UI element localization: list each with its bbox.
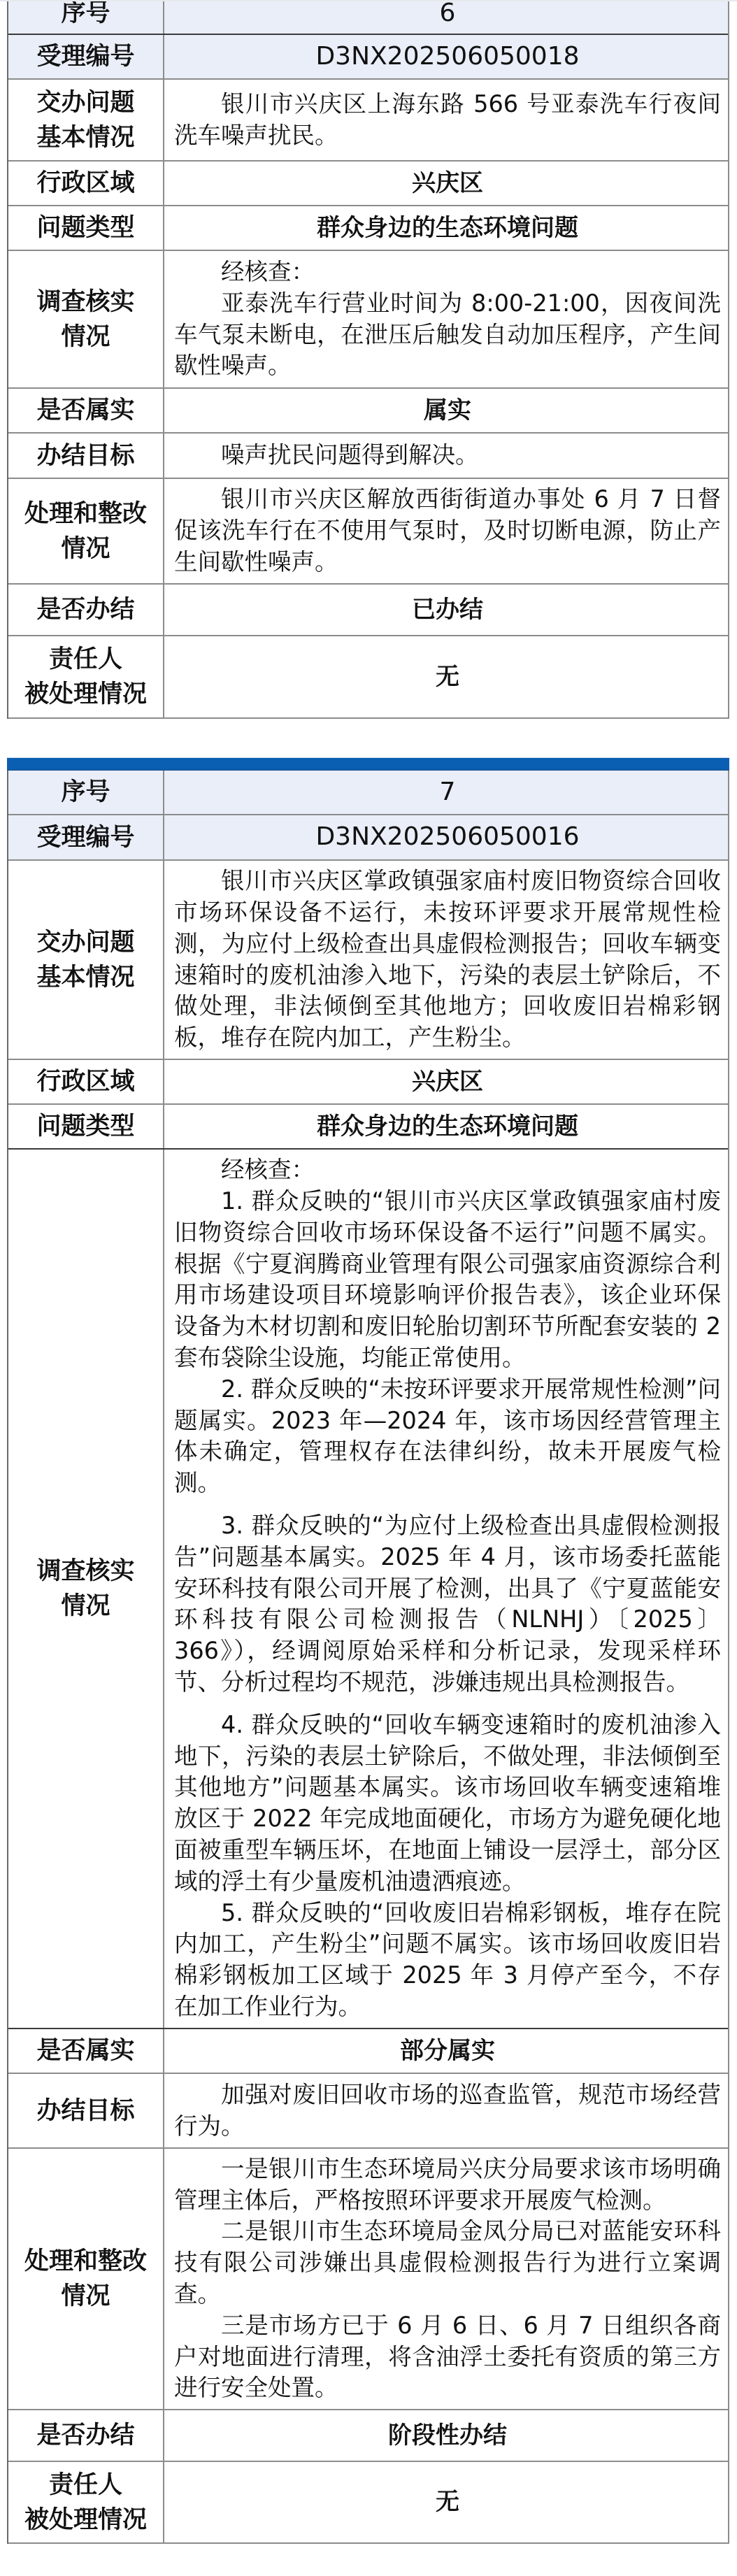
label-line: 情况: [61, 320, 110, 355]
row-rectification: 处理和整改 情况 银川市兴庆区解放西街街道办事处 6 月 7 日督促该洗车行在不…: [8, 479, 728, 585]
label-line: 情况: [61, 1589, 110, 1624]
label-line: 交办问题: [36, 925, 134, 960]
label-line: 处理和整改: [24, 496, 147, 531]
problem-paragraph: 银川市兴庆区上海东路 566 号亚泰洗车行夜间洗车噪声扰民。: [174, 89, 721, 152]
goal-paragraph: 噪声扰民问题得到解决。: [174, 440, 721, 471]
document-page: 序号 6 受理编号 D3NX202506050018 交办问题 基本情况 银川市…: [0, 0, 737, 2576]
investigation-paragraph: 3. 群众反映的“为应付上级检查出具虚假检测报告”问题基本属实。2025 年 4…: [174, 1510, 721, 1698]
value-goal: 加强对废旧回收市场的巡查监管，规范市场经营行为。: [164, 2074, 728, 2147]
investigation-paragraph: 亚泰洗车行营业时间为 8:00-21:00，因夜间洗车气泵未断电，在泄压后触发自…: [174, 288, 721, 382]
value-goal: 噪声扰民问题得到解决。: [164, 434, 728, 478]
rectification-paragraph: 三是市场方已于 6 月 6 日、6 月 7 日组织各商户对地面进行清理，将含油浮…: [174, 2310, 721, 2404]
value-serial: 6: [164, 0, 728, 34]
row-problem-basic: 交办问题 基本情况 银川市兴庆区上海东路 566 号亚泰洗车行夜间洗车噪声扰民。: [8, 80, 728, 162]
investigation-paragraph: 2. 群众反映的“未按环评要求开展常规性检测”问题属实。2023 年—2024 …: [174, 1374, 721, 1499]
label-region: 行政区域: [8, 1060, 164, 1103]
label-problem-type: 问题类型: [8, 206, 164, 250]
value-problem-type: 群众身边的生态环境问题: [164, 206, 728, 250]
label-line: 基本情况: [36, 960, 134, 995]
row-case-no: 受理编号 D3NX202506050016: [8, 815, 728, 861]
row-is-closed: 是否办结 阶段性办结: [8, 2410, 728, 2462]
rectification-paragraph: 二是银川市生态环境局金凤分局已对蓝能安环科技有限公司涉嫌出具虚假检测报告行为进行…: [174, 2216, 721, 2310]
row-problem-type: 问题类型 群众身边的生态环境问题: [8, 1105, 728, 1150]
label-investigation: 调查核实 情况: [8, 1150, 164, 2028]
value-investigation: 经核查： 亚泰洗车行营业时间为 8:00-21:00，因夜间洗车气泵未断电，在泄…: [164, 251, 728, 387]
label-line: 被处理情况: [24, 677, 147, 712]
label-text: 受理编号: [36, 39, 134, 74]
value-case-no: D3NX202506050016: [164, 815, 728, 859]
label-line: 基本情况: [36, 120, 134, 155]
investigation-paragraph: 1. 群众反映的“银川市兴庆区掌政镇强家庙村废旧物资综合回收市场环保设备不运行”…: [174, 1186, 721, 1374]
label-text: 是否办结: [36, 592, 134, 627]
label-is-closed: 是否办结: [8, 585, 164, 635]
value-serial: 7: [164, 771, 728, 814]
label-line: 被处理情况: [24, 2503, 147, 2538]
label-text: 是否办结: [36, 2418, 134, 2453]
label-rectification: 处理和整改 情况: [8, 479, 164, 583]
row-investigation: 调查核实 情况 经核查： 亚泰洗车行营业时间为 8:00-21:00，因夜间洗车…: [8, 251, 728, 389]
rectification-paragraph: 一是银川市生态环境局兴庆分局要求该市场明确管理主体后，严格按照环评要求开展废气检…: [174, 2154, 721, 2217]
label-line: 交办问题: [36, 85, 134, 120]
label-investigation: 调查核实 情况: [8, 251, 164, 387]
row-is-closed: 是否办结 已办结: [8, 585, 728, 636]
label-line: 责任人: [49, 642, 122, 677]
label-line: 调查核实: [36, 1554, 134, 1589]
investigation-paragraph: 经核查：: [174, 1154, 721, 1186]
value-accountability: 无: [164, 2462, 728, 2542]
row-problem-basic: 交办问题 基本情况 银川市兴庆区掌政镇强家庙村废旧物资综合回收市场环保设备不运行…: [8, 861, 728, 1060]
label-goal: 办结目标: [8, 2074, 164, 2147]
top-edge: [0, 0, 737, 1]
label-line: 情况: [61, 531, 110, 566]
label-problem-basic: 交办问题 基本情况: [8, 861, 164, 1059]
row-serial: 序号 7: [8, 771, 728, 815]
row-rectification: 处理和整改 情况 一是银川市生态环境局兴庆分局要求该市场明确管理主体后，严格按照…: [8, 2149, 728, 2410]
value-case-no: D3NX202506050018: [164, 35, 728, 78]
label-text: 序号: [61, 775, 110, 810]
value-region: 兴庆区: [164, 1060, 728, 1103]
row-region: 行政区域 兴庆区: [8, 1060, 728, 1105]
label-rectification: 处理和整改 情况: [8, 2149, 164, 2409]
label-is-true: 是否属实: [8, 389, 164, 432]
row-case-no: 受理编号 D3NX202506050018: [8, 35, 728, 80]
label-line: 处理和整改: [24, 2244, 147, 2279]
row-investigation: 调查核实 情况 经核查： 1. 群众反映的“银川市兴庆区掌政镇强家庙村废旧物资综…: [8, 1150, 728, 2029]
row-is-true: 是否属实 部分属实: [8, 2029, 728, 2074]
label-accountability: 责任人 被处理情况: [8, 2462, 164, 2542]
label-text: 是否属实: [36, 2033, 134, 2068]
value-accountability: 无: [164, 636, 728, 717]
value-is-true: 属实: [164, 389, 728, 432]
value-is-true: 部分属实: [164, 2029, 728, 2073]
case-record-7: 序号 7 受理编号 D3NX202506050016 交办问题 基本情况 银川市…: [7, 771, 729, 2544]
value-problem-type: 群众身边的生态环境问题: [164, 1105, 728, 1148]
label-serial: 序号: [8, 0, 164, 34]
value-region: 兴庆区: [164, 162, 728, 205]
investigation-paragraph: 5. 群众反映的“回收废旧岩棉彩钢板，堆存在院内加工，产生粉尘”问题不属实。该市…: [174, 1898, 721, 2023]
label-text: 问题类型: [36, 1109, 134, 1144]
label-is-closed: 是否办结: [8, 2410, 164, 2461]
problem-paragraph: 银川市兴庆区掌政镇强家庙村废旧物资综合回收市场环保设备不运行，未按环评要求开展常…: [174, 866, 721, 1054]
row-accountability: 责任人 被处理情况 无: [8, 636, 728, 719]
label-line: 情况: [61, 2279, 110, 2314]
investigation-paragraph: 4. 群众反映的“回收车辆变速箱时的废机油渗入地下，污染的表层土铲除后，不做处理…: [174, 1710, 721, 1898]
value-problem-basic: 银川市兴庆区掌政镇强家庙村废旧物资综合回收市场环保设备不运行，未按环评要求开展常…: [164, 861, 728, 1059]
label-text: 行政区域: [36, 166, 134, 201]
value-rectification: 银川市兴庆区解放西街街道办事处 6 月 7 日督促该洗车行在不使用气泵时，及时切…: [164, 479, 728, 583]
row-is-true: 是否属实 属实: [8, 389, 728, 434]
goal-paragraph: 加强对废旧回收市场的巡查监管，规范市场经营行为。: [174, 2080, 721, 2142]
label-is-true: 是否属实: [8, 2029, 164, 2073]
record-header-bar: [7, 757, 729, 771]
label-case-no: 受理编号: [8, 815, 164, 859]
label-accountability: 责任人 被处理情况: [8, 636, 164, 717]
label-line: 责任人: [49, 2468, 122, 2503]
label-text: 办结目标: [36, 2094, 134, 2128]
value-is-closed: 已办结: [164, 585, 728, 635]
value-rectification: 一是银川市生态环境局兴庆分局要求该市场明确管理主体后，严格按照环评要求开展废气检…: [164, 2149, 728, 2409]
row-problem-type: 问题类型 群众身边的生态环境问题: [8, 206, 728, 251]
label-goal: 办结目标: [8, 434, 164, 478]
label-serial: 序号: [8, 771, 164, 814]
label-text: 问题类型: [36, 210, 134, 245]
label-text: 行政区域: [36, 1064, 134, 1099]
value-problem-basic: 银川市兴庆区上海东路 566 号亚泰洗车行夜间洗车噪声扰民。: [164, 80, 728, 160]
label-case-no: 受理编号: [8, 35, 164, 78]
row-serial: 序号 6: [8, 0, 728, 35]
value-investigation: 经核查： 1. 群众反映的“银川市兴庆区掌政镇强家庙村废旧物资综合回收市场环保设…: [164, 1150, 728, 2028]
label-text: 序号: [61, 0, 110, 31]
row-goal: 办结目标 噪声扰民问题得到解决。: [8, 434, 728, 479]
label-region: 行政区域: [8, 162, 164, 205]
row-accountability: 责任人 被处理情况 无: [8, 2462, 728, 2544]
label-problem-type: 问题类型: [8, 1105, 164, 1148]
rectification-paragraph: 银川市兴庆区解放西街街道办事处 6 月 7 日督促该洗车行在不使用气泵时，及时切…: [174, 484, 721, 578]
label-text: 受理编号: [36, 820, 134, 855]
label-text: 是否属实: [36, 393, 134, 428]
value-is-closed: 阶段性办结: [164, 2410, 728, 2461]
label-text: 办结目标: [36, 438, 134, 473]
label-line: 调查核实: [36, 285, 134, 320]
investigation-paragraph: 经核查：: [174, 257, 721, 288]
label-problem-basic: 交办问题 基本情况: [8, 80, 164, 160]
row-goal: 办结目标 加强对废旧回收市场的巡查监管，规范市场经营行为。: [8, 2074, 728, 2149]
row-region: 行政区域 兴庆区: [8, 162, 728, 206]
case-record-6: 序号 6 受理编号 D3NX202506050018 交办问题 基本情况 银川市…: [7, 0, 729, 719]
